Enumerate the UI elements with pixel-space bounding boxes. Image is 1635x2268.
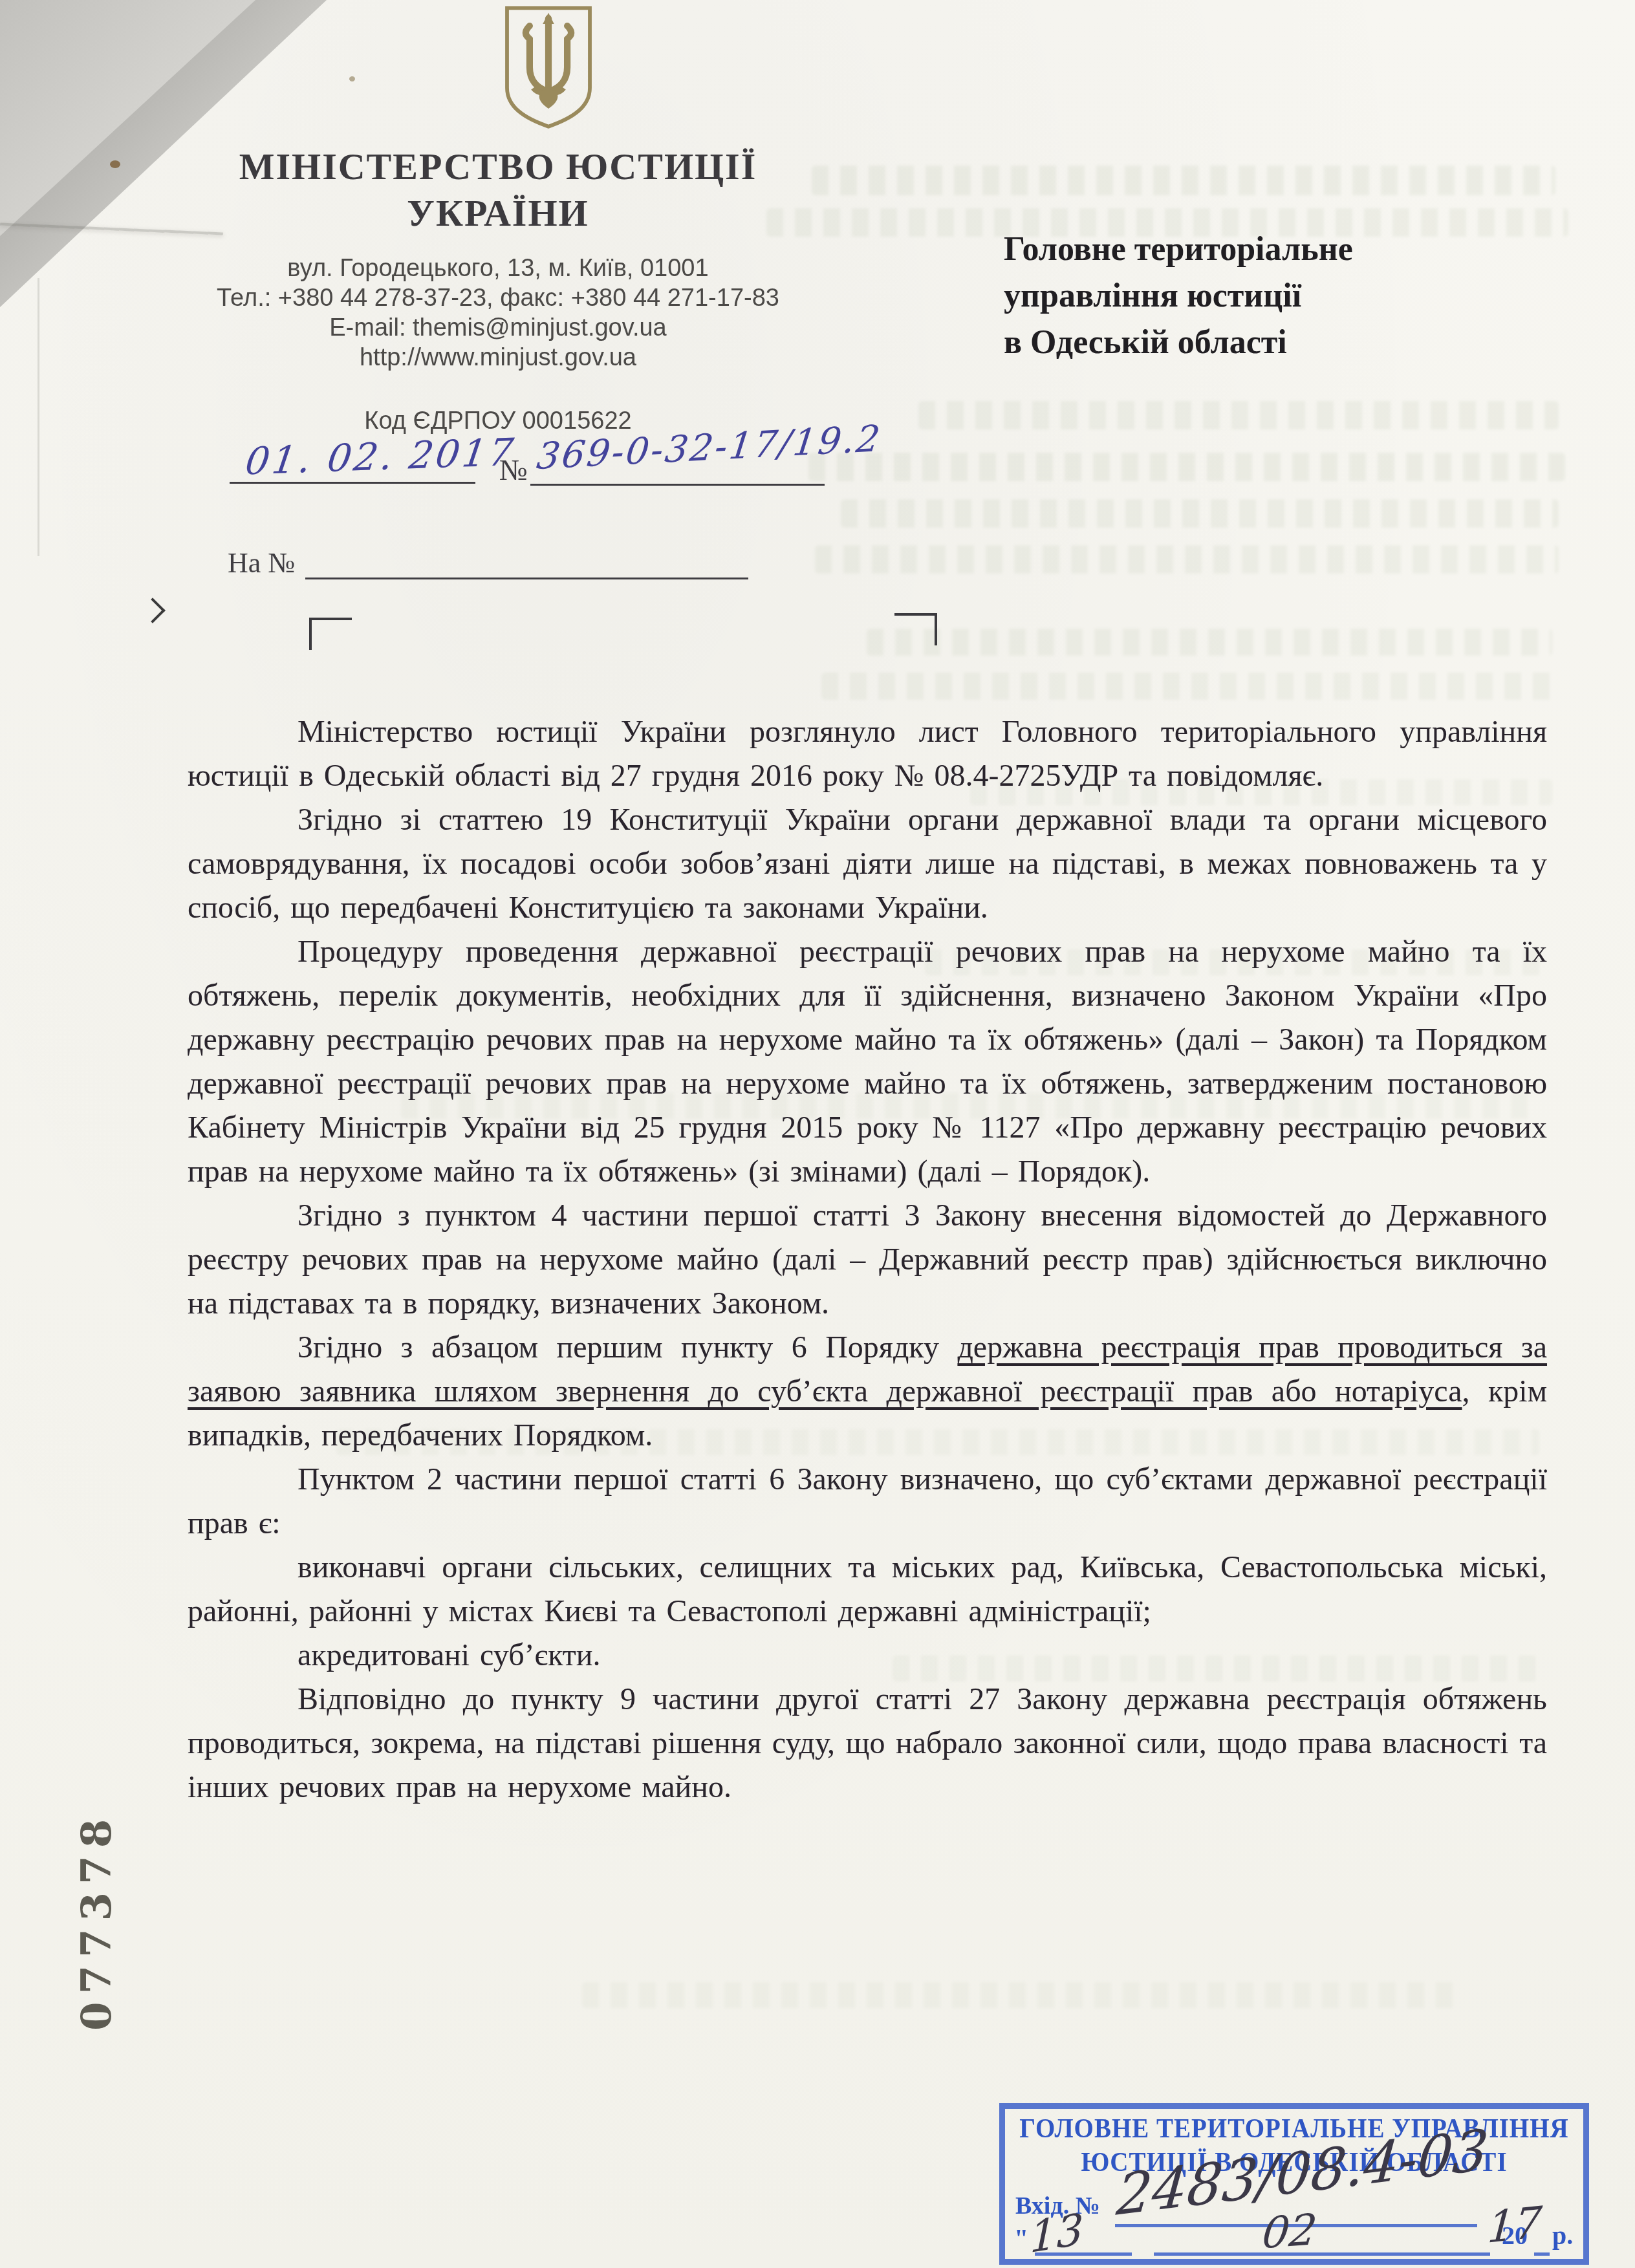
phone-fax-line: Тел.: +380 44 278-37-23, факс: +380 44 2… (162, 283, 834, 313)
recipient-block: Головне територіальне управління юстиції… (1004, 226, 1456, 366)
stamp-year-underline (1534, 2252, 1550, 2256)
bleedthrough-artifact (841, 499, 1559, 528)
paper-speck (349, 76, 355, 81)
paragraph: Процедуру проведення державної реєстраці… (188, 930, 1547, 1194)
stamp-month-underline (1154, 2252, 1490, 2256)
stamp-day-handwritten: 13 (1030, 2204, 1084, 2263)
paragraph: Згідно з пунктом 4 частини першої статті… (188, 1194, 1547, 1326)
scan-edge-line (38, 278, 39, 556)
letterhead: МІНІСТЕРСТВО ЮСТИЦІЇ УКРАЇНИ вул. Городе… (162, 144, 834, 435)
recipient-line3: в Одеській області (1004, 319, 1456, 366)
scanned-letter-page: МІНІСТЕРСТВО ЮСТИЦІЇ УКРАЇНИ вул. Городе… (0, 0, 1635, 2268)
margin-chevron-mark (140, 598, 166, 623)
vertical-registration-number: 077378 (72, 1785, 127, 2031)
stamp-quote-mark: " (1014, 2223, 1028, 2253)
paragraph: Пунктом 2 частини першої статті 6 Закону… (188, 1458, 1547, 1546)
paragraph-prefix: Згідно з абзацом першим пункту 6 Порядку (298, 1330, 957, 1365)
bleedthrough-artifact (812, 166, 1555, 195)
address-corner-mark-right (894, 613, 937, 645)
stamp-month-handwritten: 02 (1260, 2205, 1319, 2259)
paragraph: Згідно зі статтею 19 Конституції України… (188, 798, 1547, 930)
paragraph: акредитовані суб’єкти. (188, 1634, 1547, 1678)
ministry-title-line2: УКРАЇНИ (162, 190, 834, 237)
number-underline (530, 484, 825, 486)
letterhead-address: вул. Городецького, 13, м. Київ, 01001 Те… (162, 254, 834, 373)
ministry-title-line1: МІНІСТЕРСТВО ЮСТИЦІЇ (162, 144, 834, 190)
bleedthrough-artifact (918, 401, 1559, 429)
recipient-line2: управління юстиції (1004, 273, 1456, 319)
reply-to-label: На № (228, 546, 295, 579)
paragraph: виконавчі органи сільських, селищних та … (188, 1546, 1547, 1634)
date-underline (230, 482, 475, 484)
bleedthrough-artifact (867, 629, 1552, 656)
recipient-line1: Головне територіальне (1004, 226, 1456, 273)
paper-speck (110, 160, 120, 168)
bleedthrough-artifact (808, 453, 1565, 481)
stamp-year-suffix: р. (1552, 2220, 1573, 2251)
email-line: E-mail: themis@minjust.gov.ua (162, 313, 834, 343)
paragraph-with-underline: Згідно з абзацом першим пункту 6 Порядку… (188, 1326, 1547, 1458)
bleedthrough-artifact (815, 545, 1559, 574)
website-line: http://www.minjust.gov.ua (162, 343, 834, 373)
outgoing-date-handwritten: 01. 02. 2017 (243, 430, 518, 484)
number-label: № (499, 453, 528, 487)
address-line: вул. Городецького, 13, м. Київ, 01001 (162, 254, 834, 283)
bleedthrough-artifact (582, 1982, 1455, 2008)
bleedthrough-artifact (821, 673, 1559, 700)
reply-underline (305, 578, 748, 579)
paragraph: Відповідно до пункту 9 частини другої ст… (188, 1678, 1547, 1809)
stamp-org-line1: ГОЛОВНЕ ТЕРИТОРІАЛЬНЕ УПРАВЛІННЯ (1005, 2113, 1583, 2144)
paragraph: Міністерство юстиції України розглянуло … (188, 710, 1547, 798)
stamp-year-handwritten: 17 (1486, 2197, 1544, 2253)
ukraine-trident-shield-icon (501, 5, 596, 129)
letter-body: Міністерство юстиції України розглянуло … (188, 710, 1547, 1809)
address-corner-mark-left (309, 618, 352, 650)
